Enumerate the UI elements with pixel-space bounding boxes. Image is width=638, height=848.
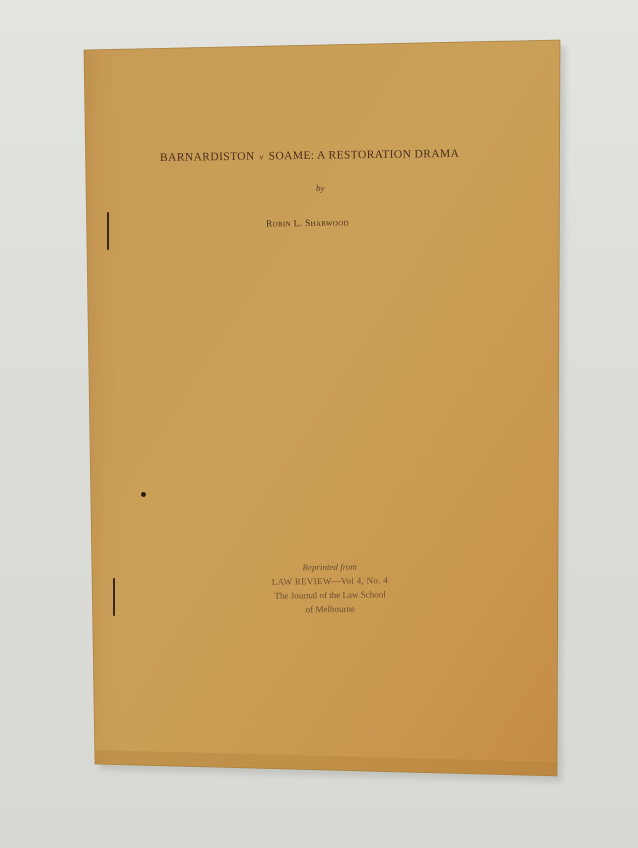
punch-hole <box>141 492 146 497</box>
booklet-cover <box>0 0 638 848</box>
title-connector: v <box>260 153 264 162</box>
by-line: by <box>316 183 325 193</box>
booklet: BARNARDISTONvSOAME: A RESTORATION DRAMA … <box>0 0 638 848</box>
reprint-notice: Reprinted from LAW REVIEW—Vol 4, No. 4 T… <box>240 559 421 618</box>
title-part-1: BARNARDISTON <box>160 151 255 164</box>
author-name: Robin L. Sharwood <box>266 218 349 229</box>
staple-bottom <box>113 578 115 616</box>
staple-top <box>107 212 109 250</box>
reprint-line-4: of Melbourne <box>240 601 420 618</box>
